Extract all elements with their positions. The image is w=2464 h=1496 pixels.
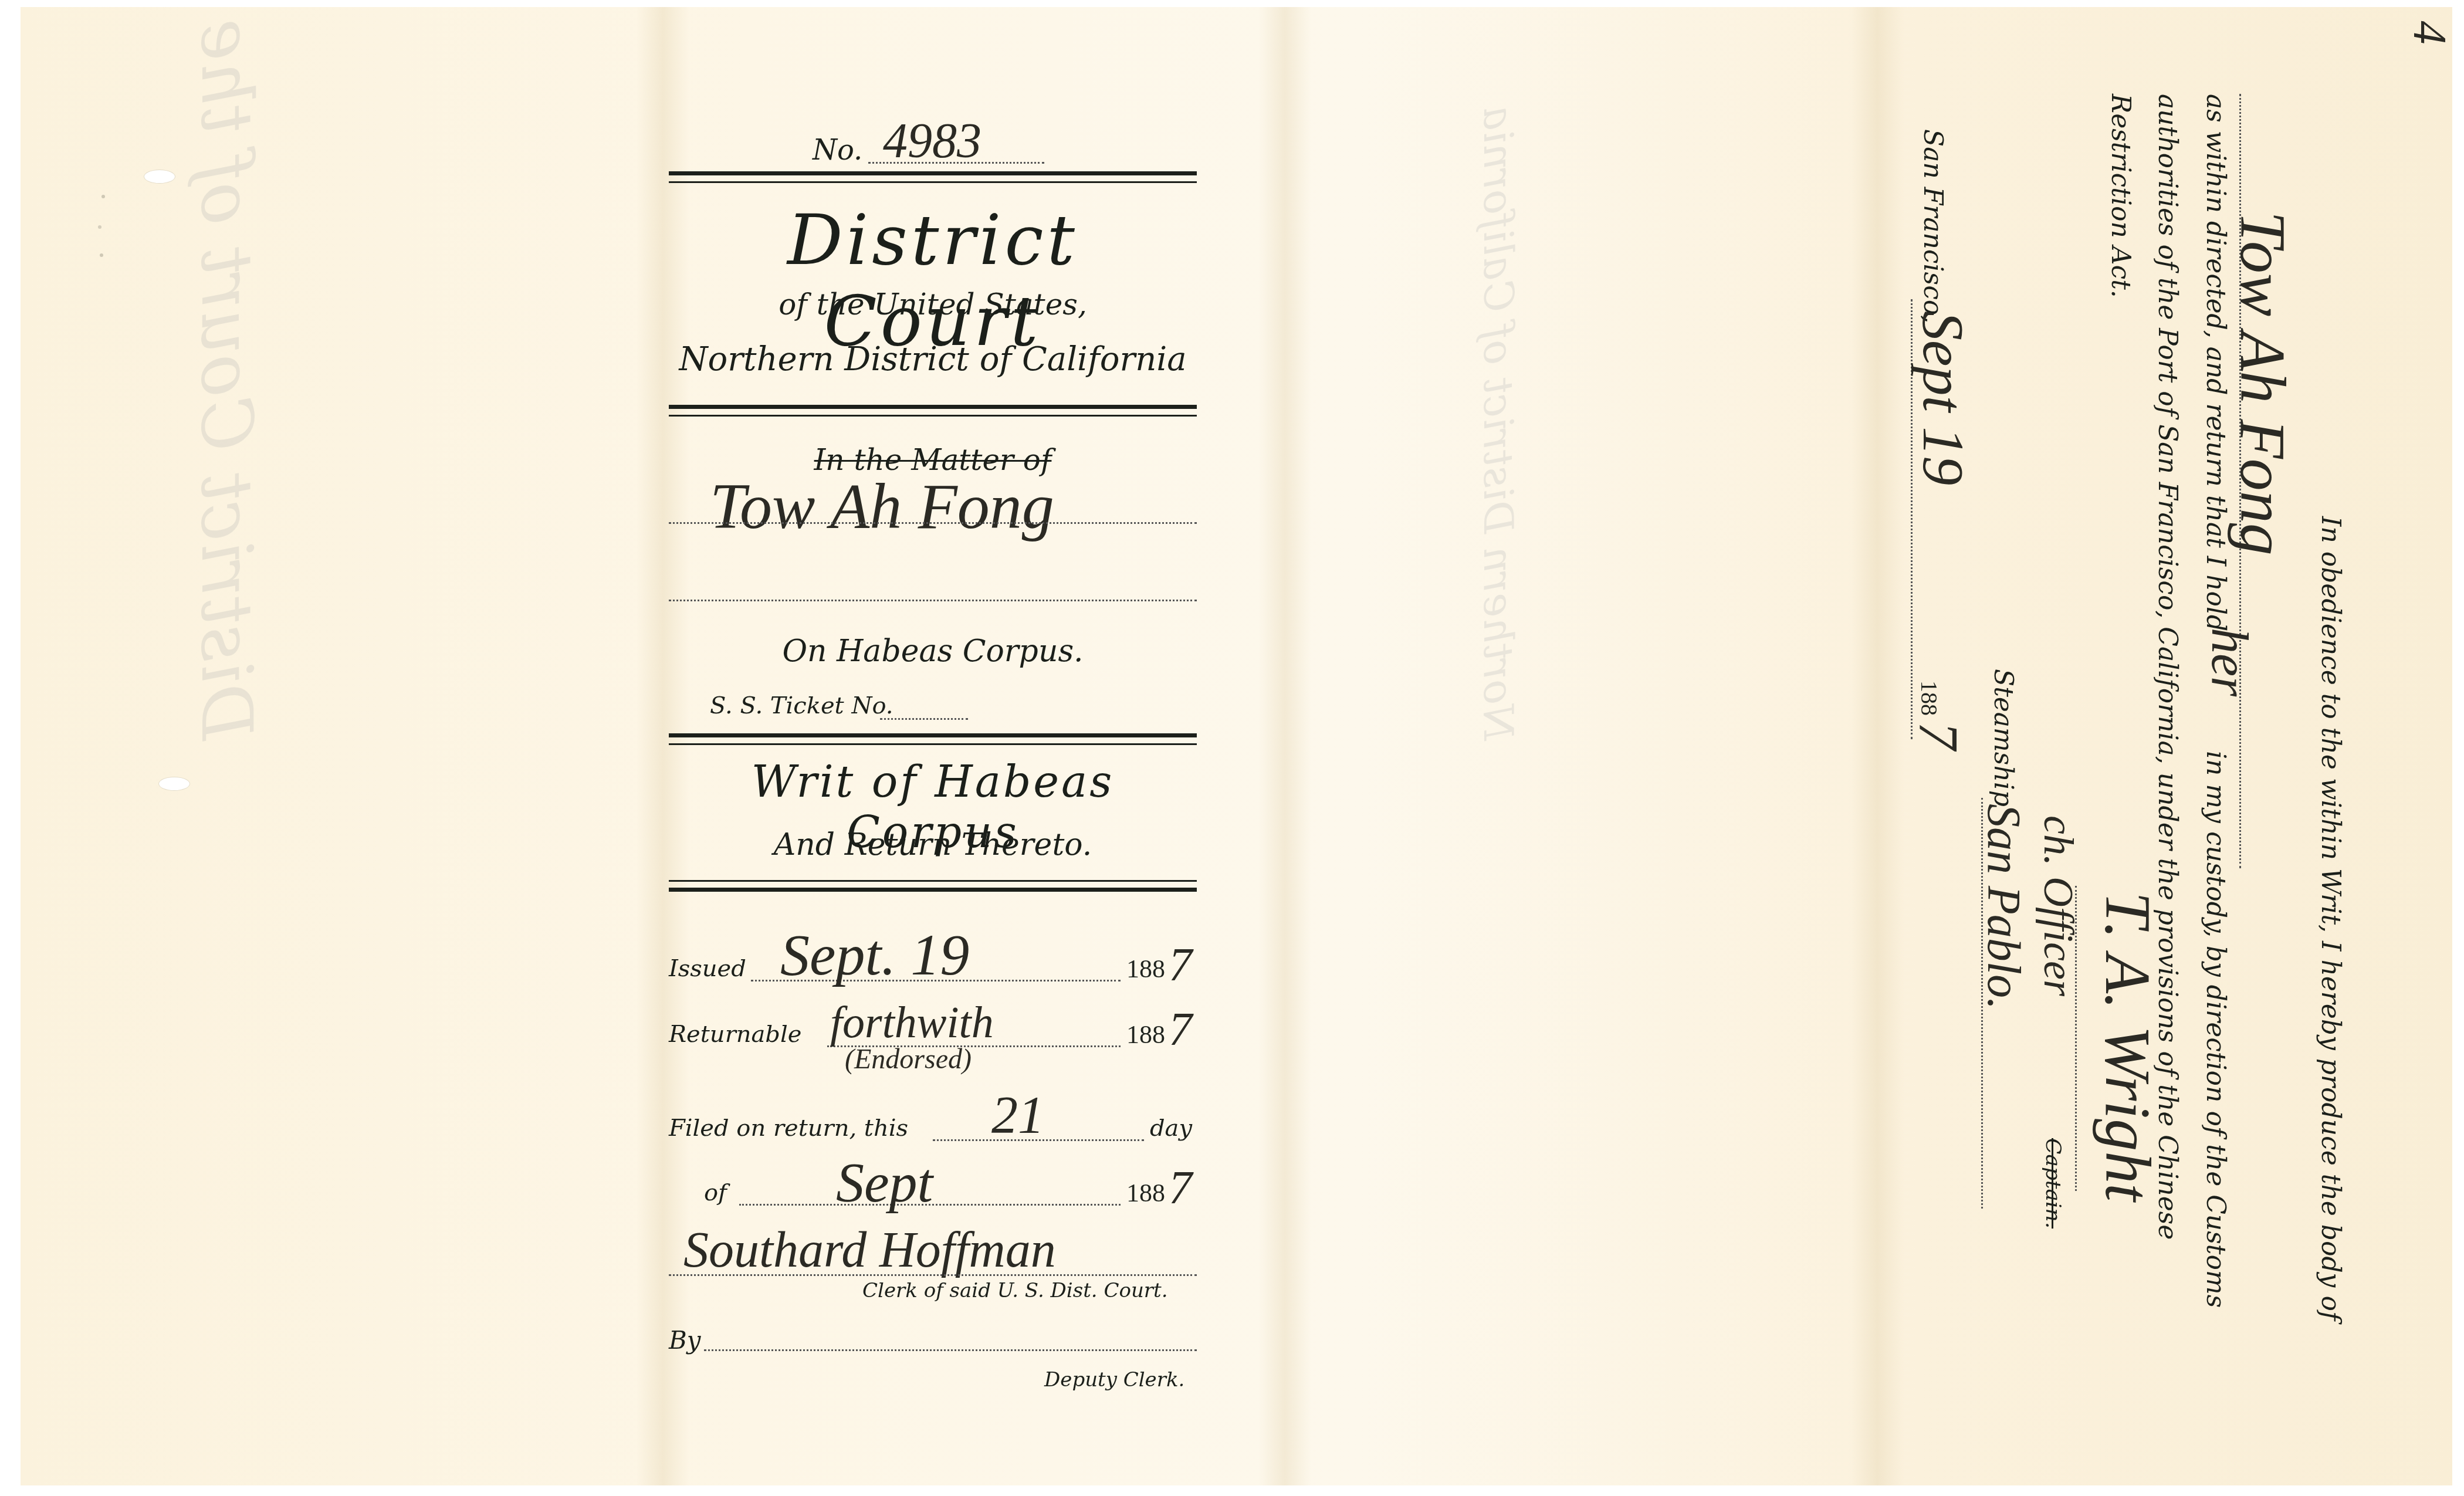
return-date-value: Sept 19 xyxy=(1910,311,1977,485)
matter-line-1 xyxy=(669,522,1197,524)
issued-year-suffix: 7 xyxy=(1169,939,1192,992)
return-body-name: Tow Ah Fong xyxy=(2225,211,2300,556)
clerk-signature-block: Southard Hoffman Clerk of said U. S. Dis… xyxy=(669,1220,1197,1302)
deputy-block: By Deputy Clerk. xyxy=(669,1320,1197,1390)
header-rule xyxy=(669,171,1197,183)
case-number-label: No. xyxy=(813,134,862,167)
return-section: In obedience to the within Writ, I hereb… xyxy=(1889,35,2358,1355)
issued-year-prefix: 188 xyxy=(1126,954,1165,984)
bleed-through-text: Northern District of California xyxy=(1474,106,1522,740)
filed-label: Filed on return, this xyxy=(669,1115,908,1142)
return-place-label: San Francisco, xyxy=(1918,129,1948,323)
returnable-label: Returnable xyxy=(669,1021,801,1048)
return-signer-name: T. A. Wright xyxy=(2090,892,2165,1201)
matter-line-2 xyxy=(669,600,1197,601)
case-number-row: No. 4983 xyxy=(813,123,1082,164)
steamship-label: Steamship xyxy=(1988,669,2018,807)
page-marker: 4 xyxy=(2402,21,2456,45)
punch-hole-bottom xyxy=(158,777,190,791)
issued-label: Issued xyxy=(669,955,746,982)
deputy-title: Deputy Clerk. xyxy=(1044,1368,1184,1392)
fold-crease-center xyxy=(1258,7,1311,1485)
paper-blemish xyxy=(100,253,103,257)
punch-hole-top xyxy=(144,170,175,184)
writ-rule xyxy=(669,880,1197,892)
issued-value: Sept. 19 xyxy=(780,921,969,989)
filed-of-label: of xyxy=(704,1179,727,1206)
ticket-label: S. S. Ticket No. xyxy=(710,692,893,719)
ticket-rule xyxy=(669,733,1197,745)
return-line-custody: in my custody, by direction of the Custo… xyxy=(2201,751,2231,1308)
filed-year-prefix: 188 xyxy=(1126,1178,1165,1208)
issued-row: Issued Sept. 19 188 7 xyxy=(669,933,1197,986)
court-subtitle-country: of the United States, xyxy=(669,287,1197,321)
court-rule xyxy=(669,405,1197,417)
returnable-year-prefix: 188 xyxy=(1126,1020,1165,1050)
by-label: By xyxy=(669,1326,701,1355)
return-date-year-suffix: 7 xyxy=(1906,722,1971,750)
deputy-signature-line xyxy=(704,1349,1197,1351)
filed-day-value: 21 xyxy=(991,1085,1044,1146)
filed-day-suffix: day xyxy=(1150,1115,1192,1142)
paper-blemish xyxy=(101,195,105,198)
return-date-year-prefix: 188 xyxy=(1915,681,1943,716)
filed-month-value: Sept xyxy=(836,1150,933,1215)
ticket-field xyxy=(880,718,968,720)
filed-month-row: of Sept 188 7 xyxy=(669,1162,1197,1220)
matter-name: Tow Ah Fong xyxy=(710,469,1054,544)
return-held-pronoun: her xyxy=(2199,628,2259,696)
steamship-value: San Pablo. xyxy=(1976,804,2030,1010)
return-line-act: Restriction Act. xyxy=(2106,94,2135,298)
case-number-value: 4983 xyxy=(883,113,981,170)
return-section-rotated: In obedience to the within Writ, I hereb… xyxy=(1889,35,2358,1355)
returnable-year-suffix: 7 xyxy=(1169,1003,1192,1057)
filed-day-row: Filed on return, this 21 day xyxy=(669,1097,1197,1150)
clerk-signature: Southard Hoffman xyxy=(683,1220,1056,1279)
returnable-note: (Endorsed) xyxy=(845,1043,972,1075)
clerk-title: Clerk of said U. S. Dist. Court. xyxy=(862,1279,1168,1302)
proceeding-type: On Habeas Corpus. xyxy=(669,634,1197,669)
docket-cover-panel: No. 4983 District Court of the United St… xyxy=(669,106,1197,1396)
returnable-value: forthwith xyxy=(830,997,994,1048)
return-line-obedience: In obedience to the within Writ, I hereb… xyxy=(2316,516,2345,1321)
return-signer-title-printed: Captain. xyxy=(2041,1138,2065,1228)
returnable-row: Returnable forthwith (Endorsed) 188 7 xyxy=(669,1003,1197,1074)
court-title: District Court xyxy=(669,199,1197,361)
return-signer-title-handwritten: ch. Officer xyxy=(2034,815,2083,996)
ticket-row: S. S. Ticket No. xyxy=(710,692,1121,727)
filed-year-suffix: 7 xyxy=(1169,1162,1192,1215)
court-subtitle-district: Northern District of California xyxy=(669,340,1197,378)
clerk-signature-line xyxy=(669,1274,1197,1276)
writ-subtitle: And Return Thereto. xyxy=(669,827,1197,862)
paper-blemish xyxy=(98,225,101,229)
return-line-directed: as within directed, and return that I ho… xyxy=(2201,94,2231,631)
bleed-through-text: District Court of the United States xyxy=(185,0,267,740)
